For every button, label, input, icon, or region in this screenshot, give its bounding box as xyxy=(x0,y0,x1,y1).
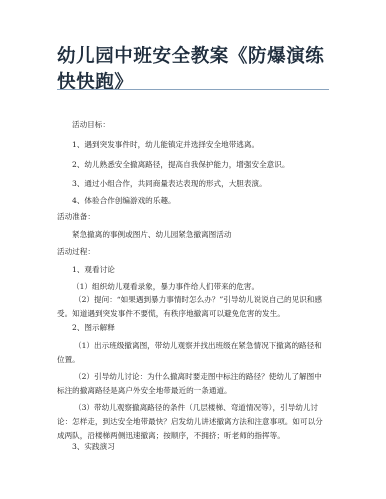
step1-item: （2）提问：“如果遇到暴力事情时怎么办？”引导幼儿说说自己的见识和感受。知道遇到… xyxy=(57,293,329,321)
step1-item: （1）组织幼儿观看录象，暴力事件给人们带来的危害。 xyxy=(72,281,259,292)
step2-item: （3）带幼儿观察撤离路径的条件（几层楼梯、弯道情况等），引导幼儿讨论：怎样走，到… xyxy=(57,401,329,443)
step2-item: （2）引导幼儿讨论：为什么撤离时要走图中标注的路径？使幼儿了解图中标注的撤离路径… xyxy=(57,370,329,398)
process-heading: 活动过程： xyxy=(57,246,95,257)
prep-heading: 活动准备： xyxy=(57,211,95,222)
step2-heading: 2、图示解释 xyxy=(72,322,115,333)
goal-item: 3、通过小组合作，共同商量表达表现的形式，大胆表演。 xyxy=(72,178,267,189)
step2-item: （1）出示班级撤离图，带幼儿观察并找出班级在紧急情况下撤离的路径和位置。 xyxy=(57,339,329,367)
step1-heading: 1、观看讨论 xyxy=(72,264,115,275)
goals-heading: 活动目标： xyxy=(72,119,110,130)
document-page: 幼儿园中班安全教案《防爆演练快快跑》 活动目标： 1、遇到突发事件时，幼儿能镇定… xyxy=(0,0,386,499)
title-divider xyxy=(57,89,329,90)
goal-item: 2、幼儿熟悉安全撤离路径，提高自我保护能力，增强安全意识。 xyxy=(72,159,289,170)
step3-heading: 3、实践演习 xyxy=(72,441,115,452)
goal-item: 4、体验合作创编游戏的乐趣。 xyxy=(72,195,176,206)
prep-text: 紧急撤离的事例或图片、幼儿园紧急撤离图活动 xyxy=(72,229,231,240)
goal-item: 1、遇到突发事件时，幼儿能镇定并选择安全地带逃离。 xyxy=(72,139,259,150)
